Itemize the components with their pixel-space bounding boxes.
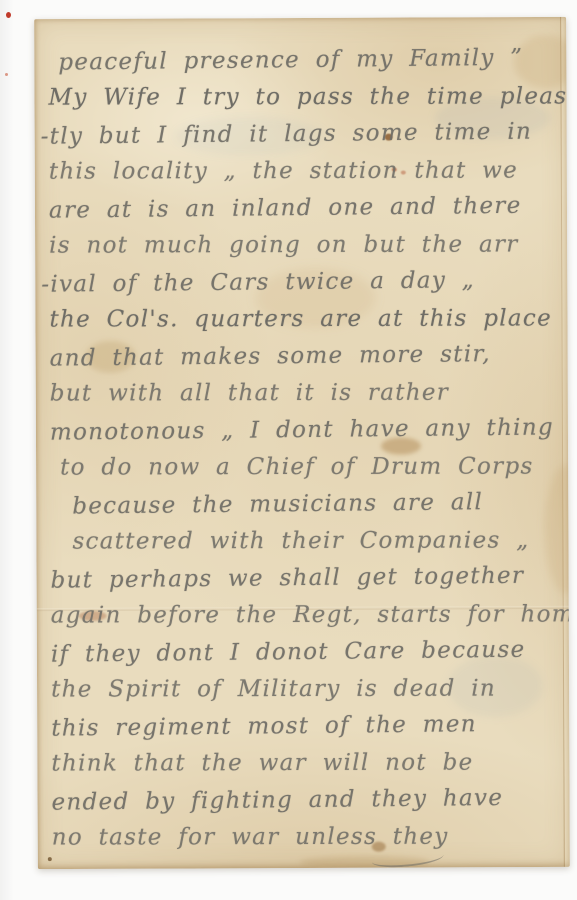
handwritten-line: because the musicians are all [72, 483, 564, 525]
letter-page: peaceful presence of my Family ” My Wife… [34, 17, 570, 869]
handwritten-line: peaceful presence of my Family ” [58, 39, 562, 81]
handwritten-line: the Spirit of Military is dead in [51, 670, 565, 708]
handwritten-line: -tly but I find it lags some time in [40, 113, 562, 155]
stain-tiny-dot [48, 857, 52, 861]
handwritten-line: monotonous „ I dont have any thing [50, 409, 564, 451]
handwritten-line: ended by fighting and they have [51, 779, 565, 821]
handwritten-line: are at is an inland one and there [49, 187, 563, 229]
scan-background: peaceful presence of my Family ” My Wife… [0, 0, 577, 900]
handwritten-line: -ival of the Cars twice a day „ [41, 261, 563, 303]
handwritten-line: think that the war will not be [51, 744, 565, 782]
red-speck [5, 73, 8, 76]
handwritten-line: if they dont I donot Care because [51, 631, 565, 673]
handwritten-line: scattered with their Companies „ [72, 522, 564, 560]
handwritten-line: again before the Regt, starts for home, [51, 596, 565, 634]
handwritten-line: is not much going on but the arr [49, 226, 563, 264]
handwritten-line: no taste for war unless they [52, 818, 566, 856]
handwritten-line: this locality „ the station that we [49, 152, 563, 190]
handwritten-line: but perhaps we shall get together [50, 557, 564, 599]
red-speck [6, 12, 11, 18]
handwritten-line: the Col's. quarters are at this place [49, 300, 563, 338]
handwritten-line: My Wife I try to pass the time pleasan [48, 78, 562, 116]
handwritten-line: and that makes some more stir, [49, 335, 563, 377]
handwritten-line: but with all that it is rather [50, 374, 564, 412]
handwritten-line: to do now a Chief of Drum Corps [60, 448, 564, 486]
handwritten-line: this regiment most of the men [51, 705, 565, 747]
handwriting-block: peaceful presence of my Family ” My Wife… [48, 41, 566, 857]
